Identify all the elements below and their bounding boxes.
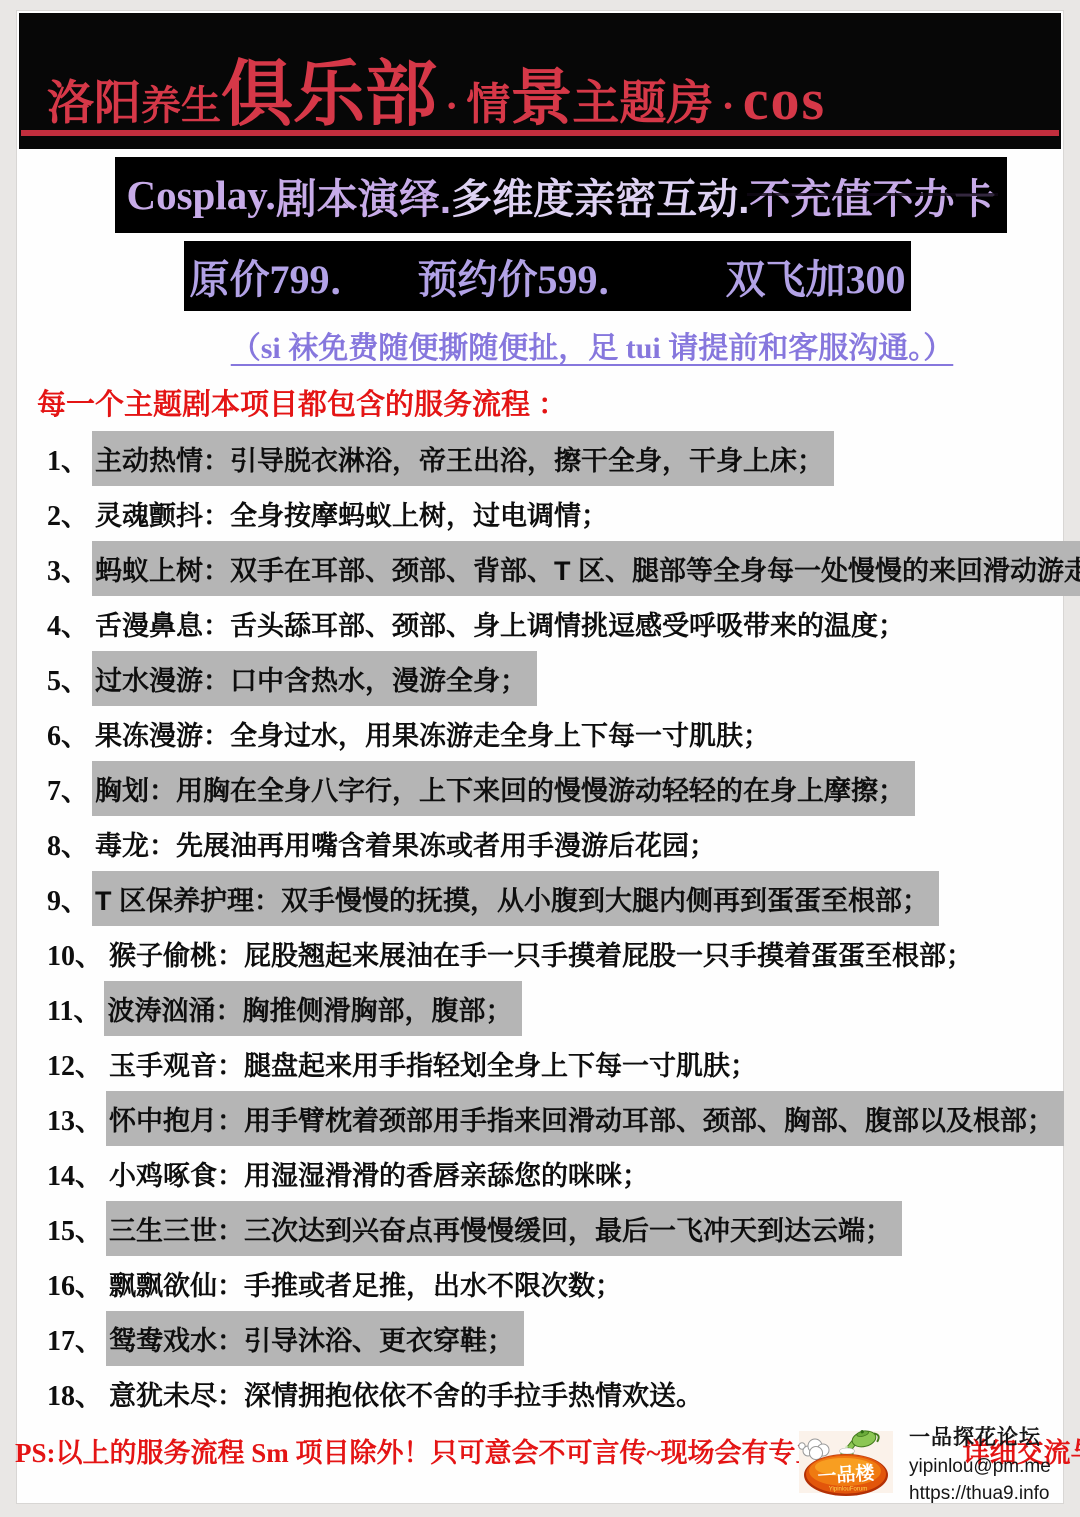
service-text: 飘飘欲仙：手推或者足推，出水不限次数； bbox=[106, 1256, 632, 1311]
service-item: 18、 意犹未尽：深情拥抱依依不舍的手拉手热情欢送。 bbox=[17, 1366, 1063, 1421]
service-number: 1、 bbox=[47, 439, 89, 479]
service-number: 4、 bbox=[47, 604, 89, 644]
title-cos: cos bbox=[743, 67, 826, 132]
service-item: 3、 蚂蚁上树：双手在耳部、颈部、背部、T 区、腿部等全身每一处慢慢的来回滑动游… bbox=[17, 541, 1063, 596]
service-number: 2、 bbox=[47, 494, 89, 534]
service-text: 三生三世：三次达到兴奋点再慢慢缓回，最后一飞冲天到达云端； bbox=[106, 1201, 902, 1256]
service-item: 6、 果冻漫游：全身过水，用果冻游走全身上下每一寸肌肤； bbox=[17, 706, 1063, 761]
service-item: 16、 飘飘欲仙：手推或者足推，出水不限次数； bbox=[17, 1256, 1063, 1311]
service-number: 5、 bbox=[47, 659, 89, 699]
feature-no-recharge: 不充值不办卡 bbox=[750, 166, 996, 225]
flyer-sheet: 洛阳养生俱乐部·情景主题房·cos Cosplay.剧本演绎.多维度亲密互动.不… bbox=[16, 10, 1064, 1504]
service-number: 14、 bbox=[47, 1154, 103, 1194]
ps-text-left: PS:以上的服务流程 Sm 项目除外！只可意会不可言传~现场会有专业的女 bbox=[15, 1431, 877, 1470]
service-text: 果冻漫游：全身过水，用果冻游走全身上下每一寸肌肤； bbox=[92, 706, 780, 761]
stocking-note: （si 袜免费随便撕随便扯，足 tui 请提前和客服沟通。） bbox=[17, 323, 1063, 367]
title-theme-room: 主题房 bbox=[572, 78, 713, 130]
ps-disclaimer: PS:以上的服务流程 Sm 项目除外！只可意会不可言传~现场会有专业的女 详细交… bbox=[15, 1431, 1063, 1470]
forum-url: https://thua9.info bbox=[909, 1484, 1051, 1503]
service-text: 主动热情：引导脱衣淋浴，帝王出浴，擦干全身，干身上床； bbox=[92, 431, 834, 486]
service-item: 1、 主动热情：引导脱衣淋浴，帝王出浴，擦干全身，干身上床； bbox=[17, 431, 1063, 486]
service-text: 猴子偷桃：屁股翘起来展油在手一只手摸着屁股一只手摸着蛋蛋至根部； bbox=[106, 926, 983, 981]
price-banner: 原价799． 预约价599． 双飞加300 bbox=[184, 241, 911, 311]
service-item: 2、 灵魂颤抖：全身按摩蚂蚁上树，过电调情； bbox=[17, 486, 1063, 541]
service-number: 11、 bbox=[47, 989, 101, 1029]
title-city: 洛阳 bbox=[47, 78, 141, 130]
service-number: 7、 bbox=[47, 769, 89, 809]
forum-logo: 一品楼 YipinlouForum bbox=[796, 1423, 896, 1497]
masthead: 洛阳养生俱乐部·情景主题房·cos bbox=[19, 13, 1061, 149]
section-title: 每一个主题剧本项目都包含的服务流程 ： bbox=[37, 389, 1063, 422]
service-number: 9、 bbox=[47, 879, 89, 919]
forum-watermark: 一品探花论坛 yipinlou@pm.me https://thua9.info bbox=[909, 1427, 1051, 1503]
service-number: 13、 bbox=[47, 1099, 103, 1139]
service-list: 1、 主动热情：引导脱衣淋浴，帝王出浴，擦干全身，干身上床； 2、 灵魂颤抖：全… bbox=[17, 431, 1063, 1421]
service-number: 15、 bbox=[47, 1209, 103, 1249]
service-text: 胸划：用胸在全身八字行，上下来回的慢慢游动轻轻的在身上摩擦； bbox=[92, 761, 915, 816]
service-text: 小鸡啄食：用湿湿滑滑的香唇亲舔您的咪咪； bbox=[106, 1146, 659, 1201]
service-item: 12、 玉手观音：腿盘起来用手指轻划全身上下每一寸肌肤； bbox=[17, 1036, 1063, 1091]
service-item: 4、 舌漫鼻息：舌头舔耳部、颈部、身上调情挑逗感受呼吸带来的温度； bbox=[17, 596, 1063, 651]
service-item: 15、 三生三世：三次达到兴奋点再慢慢缓回，最后一飞冲天到达云端； bbox=[17, 1201, 1063, 1256]
service-item: 17、 鸳鸯戏水：引导沐浴、更衣穿鞋； bbox=[17, 1311, 1063, 1366]
title-club: 俱乐部 bbox=[221, 55, 437, 135]
forum-email: yipinlou@pm.me bbox=[909, 1457, 1051, 1476]
service-item: 9、 T 区保养护理：双手慢慢的抚摸，从小腹到大腿内侧再到蛋蛋至根部； bbox=[17, 871, 1063, 926]
service-text: 怀中抱月：用手臂枕着颈部用手指来回滑动耳部、颈部、胸部、腹部以及根部； bbox=[106, 1091, 1064, 1146]
service-item: 11、 波涛汹涌：胸推侧滑胸部，腹部； bbox=[17, 981, 1063, 1036]
logo-subtext: YipinlouForum bbox=[829, 1487, 867, 1493]
service-text: 蚂蚁上树：双手在耳部、颈部、背部、T 区、腿部等全身每一处慢慢的来回滑动游走； bbox=[92, 541, 1080, 596]
price-original: 原价799． bbox=[190, 248, 370, 305]
service-text: 意犹未尽：深情拥抱依依不舍的手拉手热情欢送。 bbox=[106, 1366, 713, 1421]
title-scene-2: 景 bbox=[510, 65, 572, 133]
service-number: 17、 bbox=[47, 1319, 103, 1359]
service-number: 3、 bbox=[47, 549, 89, 589]
price-booking: 预约价599． bbox=[418, 248, 638, 305]
service-number: 12、 bbox=[47, 1044, 103, 1084]
service-item: 14、 小鸡啄食：用湿湿滑滑的香唇亲舔您的咪咪； bbox=[17, 1146, 1063, 1201]
service-number: 6、 bbox=[47, 714, 89, 754]
service-text: 舌漫鼻息：舌头舔耳部、颈部、身上调情挑逗感受呼吸带来的温度； bbox=[92, 596, 915, 651]
title-scene-1: 情 bbox=[466, 80, 510, 129]
club-title: 洛阳养生俱乐部·情景主题房·cos bbox=[47, 59, 826, 131]
features-banner: Cosplay.剧本演绎.多维度亲密互动.不充值不办卡 bbox=[115, 157, 1007, 233]
service-text: 鸳鸯戏水：引导沐浴、更衣穿鞋； bbox=[106, 1311, 524, 1366]
forum-name: 一品探花论坛 bbox=[909, 1427, 1051, 1448]
service-text: 过水漫游：口中含热水，漫游全身； bbox=[92, 651, 537, 706]
red-divider-line bbox=[21, 130, 1059, 136]
service-text: 灵魂颤抖：全身按摩蚂蚁上树，过电调情； bbox=[92, 486, 618, 541]
feature-script: 剧本演绎. bbox=[276, 166, 451, 225]
feature-interaction: 多维度亲密互动. bbox=[451, 166, 749, 225]
title-dot-2: · bbox=[713, 83, 742, 128]
service-item: 5、 过水漫游：口中含热水，漫游全身； bbox=[17, 651, 1063, 706]
title-dot-1: · bbox=[437, 83, 466, 128]
service-item: 7、 胸划：用胸在全身八字行，上下来回的慢慢游动轻轻的在身上摩擦； bbox=[17, 761, 1063, 816]
flyer-page: 洛阳养生俱乐部·情景主题房·cos Cosplay.剧本演绎.多维度亲密互动.不… bbox=[0, 0, 1080, 1517]
service-text: 波涛汹涌：胸推侧滑胸部，腹部； bbox=[104, 981, 522, 1036]
service-text: 玉手观音：腿盘起来用手指轻划全身上下每一寸肌肤； bbox=[106, 1036, 767, 1091]
service-item: 8、 毒龙：先展油再用嘴含着果冻或者用手漫游后花园； bbox=[17, 816, 1063, 871]
price-addon: 双飞加300 bbox=[726, 248, 906, 305]
service-text: T 区保养护理：双手慢慢的抚摸，从小腹到大腿内侧再到蛋蛋至根部； bbox=[92, 871, 939, 926]
service-item: 13、 怀中抱月：用手臂枕着颈部用手指来回滑动耳部、颈部、胸部、腹部以及根部； bbox=[17, 1091, 1063, 1146]
service-text: 毒龙：先展油再用嘴含着果冻或者用手漫游后花园； bbox=[92, 816, 726, 871]
title-wellness: 养生 bbox=[141, 83, 221, 128]
feature-cosplay: Cosplay. bbox=[126, 171, 275, 219]
service-item: 10、 猴子偷桃：屁股翘起来展油在手一只手摸着屁股一只手摸着蛋蛋至根部； bbox=[17, 926, 1063, 981]
service-number: 8、 bbox=[47, 824, 89, 864]
service-number: 18、 bbox=[47, 1374, 103, 1414]
service-number: 10、 bbox=[47, 934, 103, 974]
service-number: 16、 bbox=[47, 1264, 103, 1304]
